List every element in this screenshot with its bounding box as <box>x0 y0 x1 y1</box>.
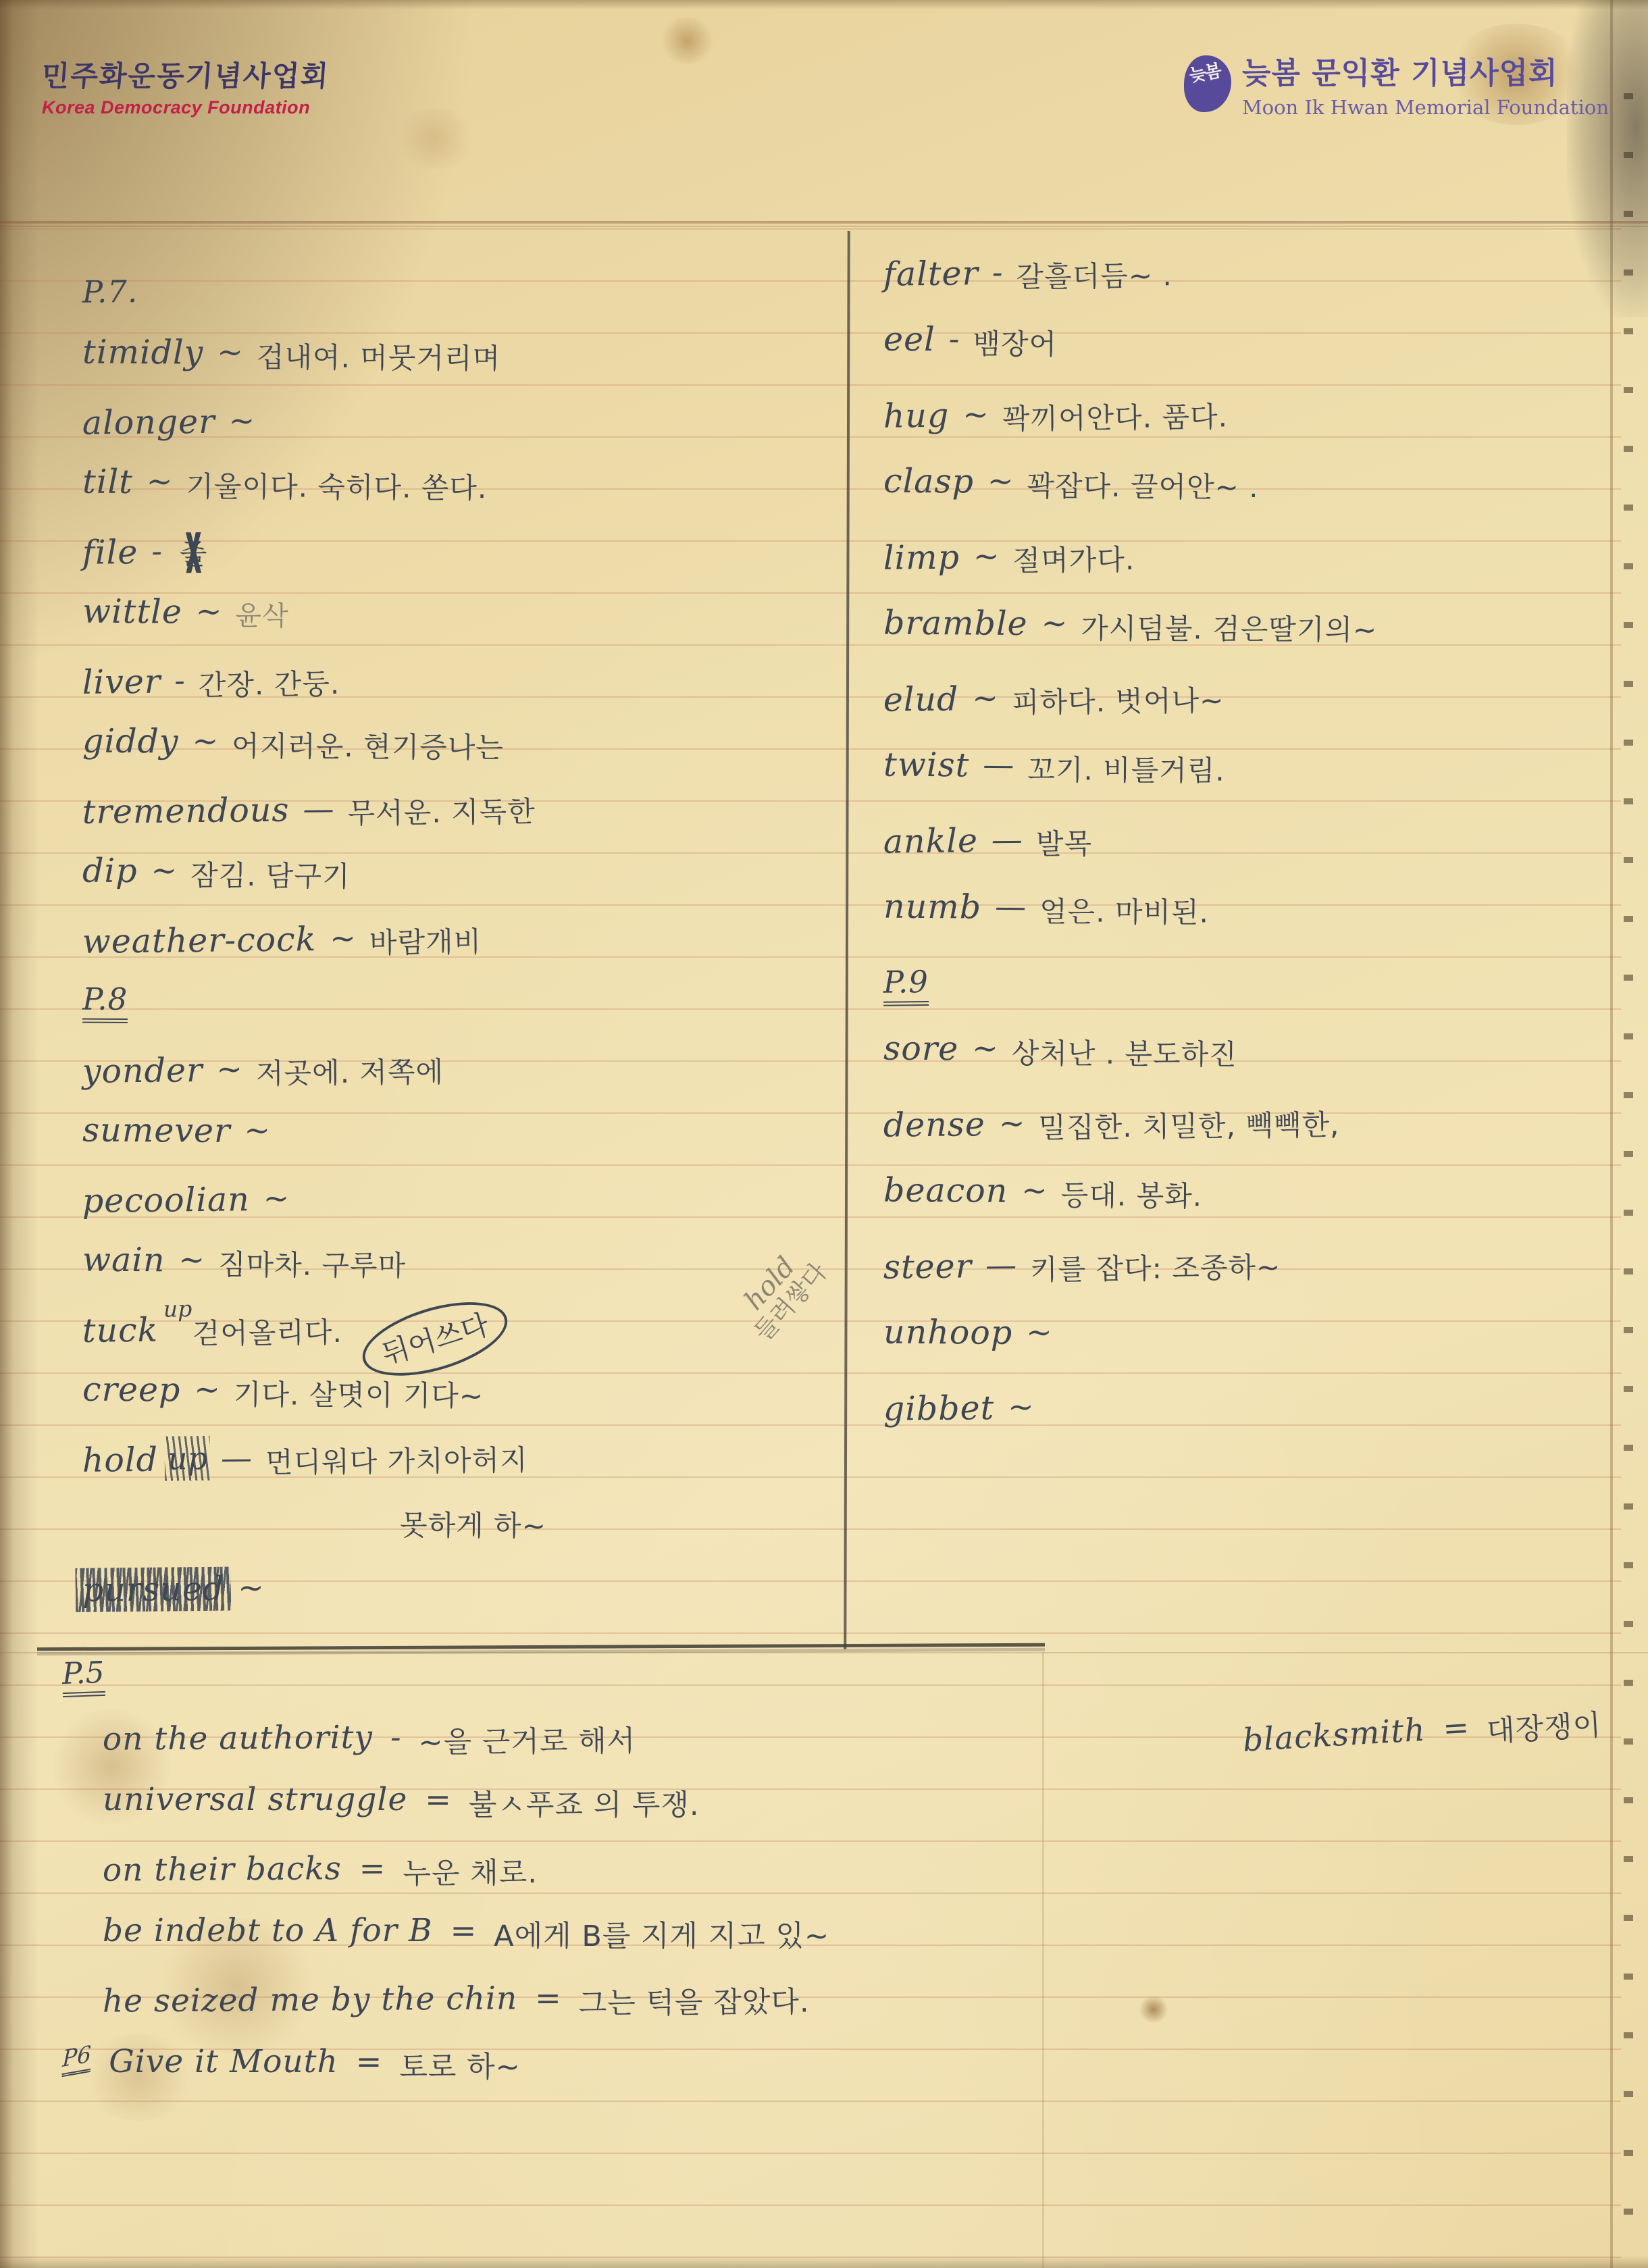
term: bramble <box>883 604 1028 643</box>
phrase-korean: A에게 B를 지게 지고 있~ <box>494 1912 829 1955</box>
phrase-entry: on their backs=누운 채로. <box>62 1841 1623 1917</box>
separator: = <box>359 1850 386 1886</box>
moon-ik-hwan-foundation-logo: 늦봄 늦봄 문익환 기념사업회 Moon Ik Hwan Memorial Fo… <box>1184 49 1609 119</box>
vocab-entry: holdup—먼디워다 가치아허지 <box>82 1433 840 1506</box>
term: eel <box>883 320 935 359</box>
separator: = <box>450 1912 477 1949</box>
stain <box>659 17 716 64</box>
crease-line-top <box>0 221 1648 224</box>
vocab-entry: bramble~가시덤불. 검은딸기의~ <box>883 604 1620 679</box>
vocab-entry: gibbet~ <box>883 1382 1620 1460</box>
definition: 먼디워다 가치아허지 <box>265 1437 528 1481</box>
vocab-entry: elud~피하다. 벗어나~ <box>883 673 1620 751</box>
side-vocab-entry: blacksmith=대장쟁이 <box>1242 1701 1603 1764</box>
separator: ~ <box>330 920 356 956</box>
vocab-entry: giddy~어지러운. 현기증나는 <box>82 722 840 792</box>
separator: — <box>983 746 1014 783</box>
margin-page-mark: P6 <box>62 2040 92 2078</box>
phrase-entry: be indebt to A for B=A에게 B를 지게 지고 있~ <box>62 1912 1622 1978</box>
vocab-entry: file-줄 <box>82 525 840 598</box>
term: ankle <box>883 821 978 860</box>
separator: ~ <box>194 1371 220 1408</box>
term: tilt <box>82 463 133 501</box>
term: dense <box>883 1105 985 1145</box>
seal-calligraphy: 늦봄 <box>1188 62 1222 86</box>
definition: 걷어올리다. <box>192 1309 342 1352</box>
vocab-entry: alonger~ <box>82 396 840 469</box>
phrase-korean: 누운 채로. <box>403 1849 538 1892</box>
vocab-entry: tilt~기울이다. 숙히다. 쏟다. <box>82 463 840 532</box>
separator: ~ <box>1021 1172 1048 1208</box>
mihf-logo-english: Moon Ik Hwan Memorial Foundation <box>1242 96 1609 119</box>
vocab-entry: eel-뱀장어 <box>883 320 1620 396</box>
separator: ~ <box>217 334 243 370</box>
term-superscript: up <box>163 1295 192 1322</box>
term: twist <box>883 746 970 785</box>
definition: 잠김. 담구기 <box>190 852 351 895</box>
term: sore <box>883 1029 958 1068</box>
separator: ~ <box>973 538 1000 574</box>
vocab-entry: weather-cock~바람개비 <box>82 914 840 987</box>
vocab-entry: timidly~겁내여. 머뭇거리며 <box>82 333 840 403</box>
phrase-entry: universal struggle=불ㅅ푸죠 의 투쟁. <box>62 1781 1622 1847</box>
mihf-logo-korean: 늦봄 문익환 기념사업회 <box>1242 49 1609 92</box>
term: hold <box>82 1441 159 1480</box>
definition: 꽉끼어안다. 품다. <box>1002 393 1229 437</box>
phrase-entry: on the authority-~을 근거로 해서blacksmith=대장쟁… <box>62 1710 1623 1786</box>
vocab-entry: pecoolian~ <box>82 1174 840 1247</box>
separator: ~ <box>962 396 989 432</box>
phrase-english: he seized me by the chin <box>103 1980 518 2019</box>
term: wain <box>82 1241 165 1280</box>
term: elud <box>883 680 958 719</box>
phrase-korean: 토로 하~ <box>399 2043 520 2086</box>
term: dip <box>82 852 138 890</box>
term: file <box>82 533 138 572</box>
vocab-entry: liver-간장. 간둥. <box>82 655 840 728</box>
term: unhoop <box>883 1313 1012 1352</box>
separator: - <box>174 662 185 698</box>
separator: ~ <box>972 1029 998 1066</box>
definition: 대장쟁이 <box>1486 1701 1603 1750</box>
definition: 갈흘더듬~ . <box>1016 252 1173 295</box>
crease-line-bottom <box>0 1652 1648 1653</box>
definition: 바람개비 <box>369 919 482 962</box>
separator: — <box>995 888 1026 925</box>
page-number: P.9 <box>883 956 1620 1035</box>
term: beacon <box>883 1171 1008 1210</box>
vocab-entry: beacon~등대. 봉화. <box>883 1171 1620 1247</box>
page-number: P.8 <box>82 981 840 1051</box>
vocab-entry: twist—꼬기. 비틀거림. <box>883 746 1620 821</box>
separator: ~ <box>1008 1388 1034 1424</box>
definition: 꽉잡다. 끌어안~ . <box>1027 463 1258 506</box>
term: tremendous <box>82 791 290 831</box>
definition-continuation: 못하게 하~ <box>82 1500 840 1570</box>
definition: 얼은. 마비된. <box>1039 888 1209 931</box>
scribbled-word: up <box>168 1440 208 1477</box>
phrase-korean: ~을 근거로 해서 <box>418 1717 636 1761</box>
separator: ~ <box>178 1241 205 1277</box>
term: pecoolian <box>82 1180 251 1220</box>
definition: 밀집한. 치밀한, 빽빽한, <box>1038 1102 1340 1147</box>
definition: 피하다. 벗어나~ <box>1012 677 1225 721</box>
stain <box>392 108 480 169</box>
vocab-entry: wittle~윤삭 <box>82 592 840 662</box>
term: liver <box>82 663 161 702</box>
phrase-section: P.5 on the authority-~을 근거로 해서blacksmith… <box>62 1656 1622 2109</box>
definition: 뱀장어 <box>973 320 1057 363</box>
separator: ~ <box>999 1105 1025 1141</box>
separator: - <box>949 320 960 357</box>
definition: 기울이다. 숙히다. 쏟다. <box>186 463 487 507</box>
definition: 저곳에. 저쪽에 <box>256 1048 444 1092</box>
foundation-seal-icon: 늦봄 <box>1184 55 1231 112</box>
vocab-entry: falter-갈흘더듬~ . <box>883 247 1620 326</box>
term: hug <box>883 396 949 436</box>
separator: ~ <box>987 463 1014 499</box>
vocab-entry: hug~꽉끼어안다. 품다. <box>883 389 1620 467</box>
vocab-entry: tremendous—무서운. 지독한 <box>82 785 840 858</box>
definition: 못하게 하~ <box>400 1501 546 1544</box>
separator: ~ <box>1026 1314 1052 1350</box>
korea-democracy-foundation-logo: 민주화운동기념사업회 Korea Democracy Foundation <box>42 54 330 118</box>
kdf-logo-korean: 민주화운동기념사업회 <box>41 54 331 95</box>
definition: 절며가다. <box>1012 536 1135 579</box>
term: tuck <box>82 1311 159 1350</box>
struck-out-entry: pursued~ <box>82 1563 840 1636</box>
vocab-entry: ankle—발목 <box>883 815 1620 893</box>
term: alonger <box>82 403 215 442</box>
definition: 꼬기. 비틀거림. <box>1027 746 1225 790</box>
definition: 가시덤불. 검은딸기의~ <box>1081 604 1377 648</box>
phrase-entry: he seized me by the chin=그는 턱을 잡았다. <box>62 1972 1623 2048</box>
separator: ~ <box>228 402 255 438</box>
term: P.7. <box>82 274 138 310</box>
definition: 키를 잡다: 조종하~ <box>1030 1244 1281 1289</box>
page-top-edge-shadow <box>0 0 1648 9</box>
term: pursued <box>82 1570 225 1609</box>
term: P.8 <box>82 981 128 1023</box>
phrase-english: universal struggle <box>103 1781 407 1818</box>
term: giddy <box>82 722 179 761</box>
phrase-english: be indebt to A for B <box>103 1912 433 1949</box>
page-number: P.5 <box>61 1655 105 1697</box>
term: wittle <box>82 592 182 632</box>
left-vocab-column: P.7.timidly~겁내여. 머뭇거리며alonger~tilt~기울이다.… <box>82 270 839 1632</box>
separator: - <box>992 254 1003 290</box>
definition: 상처난 . 분도하진 <box>1012 1030 1237 1073</box>
separator: ~ <box>151 852 177 888</box>
term: numb <box>883 887 981 927</box>
separator: = <box>425 1781 451 1818</box>
vocab-entry: sumever~ <box>82 1111 840 1181</box>
vocab-entry: creep~기다. 살몃이 기다~ <box>82 1370 840 1440</box>
vocab-entry: limp~절며가다. <box>883 531 1620 609</box>
definition: 기다. 살몃이 기다~ <box>234 1371 484 1414</box>
separator: ~ <box>196 593 222 629</box>
term: gibbet <box>883 1389 994 1428</box>
kdf-logo-english: Korea Democracy Foundation <box>42 97 330 118</box>
term: sumever <box>82 1111 231 1150</box>
separator: - <box>151 533 162 569</box>
definition: 어지러운. 현기증나는 <box>232 723 504 766</box>
separator: ~ <box>263 1180 289 1216</box>
page-number: P.7. <box>82 266 840 339</box>
term: falter <box>883 254 979 293</box>
definition: 줄 <box>176 532 212 573</box>
phrase-english: on the authority <box>103 1719 373 1758</box>
vocab-entry: numb—얼은. 마비된. <box>883 887 1620 963</box>
phrase-entry: P6Give it Mouth=토로 하~ <box>62 2043 1622 2109</box>
right-vocab-column: falter-갈흘더듬~ .eel-뱀장어hug~꽉끼어안다. 품다.clasp… <box>883 251 1620 1457</box>
separator: ~ <box>216 1050 242 1087</box>
vocab-entry: yonder~저곳에. 저쪽에 <box>82 1044 840 1117</box>
definition: 발목 <box>1036 820 1093 862</box>
definition: 무서운. 지독한 <box>347 788 536 832</box>
separator: ~ <box>972 679 998 716</box>
page-left-edge-shadow <box>0 0 41 2268</box>
phrase-english: on their backs <box>103 1850 342 1888</box>
separator: ~ <box>147 463 173 499</box>
vocab-entry: wain~짐마차. 구루마 <box>82 1241 840 1310</box>
vocab-entry: clasp~꽉잡다. 끌어안~ . <box>883 462 1620 538</box>
term: limp <box>883 538 960 577</box>
vocab-entry: steer—키를 잡다: 조종하~ <box>883 1240 1620 1318</box>
page-bottom-edge-shadow <box>0 2256 1648 2268</box>
phrase-english: Give it Mouth <box>109 2043 338 2080</box>
vocab-entry: tuckup걷어올리다.뒤어쓰다 <box>82 1304 840 1376</box>
separator: ~ <box>238 1569 264 1605</box>
term: blacksmith <box>1242 1711 1427 1765</box>
vocab-entry: sore~상처난 . 분도하진 <box>883 1029 1620 1105</box>
separator: - <box>390 1719 401 1755</box>
phrase-korean: 불ㅅ푸죠 의 투쟁. <box>469 1781 700 1824</box>
phrase-korean: 그는 턱을 잡았다. <box>579 1978 810 2021</box>
separator: = <box>356 2043 382 2080</box>
binding-stitches <box>1624 41 1633 2254</box>
separator: — <box>985 1247 1017 1283</box>
term: timidly <box>82 333 204 372</box>
definition: 겁내여. 머뭇거리며 <box>257 334 501 377</box>
scanned-notebook-page: { "colors":{"ink":"#3f4754","pencil":"#8… <box>0 0 1648 2268</box>
separator: ~ <box>1041 604 1068 641</box>
term: steer <box>883 1247 972 1286</box>
definition: 간장. 간둥. <box>199 661 340 704</box>
separator: — <box>221 1439 253 1476</box>
separator: — <box>992 821 1023 858</box>
term: weather-cock <box>82 920 317 961</box>
separator: = <box>1442 1709 1470 1753</box>
definition: 등대. 봉화. <box>1061 1172 1203 1214</box>
term: clasp <box>883 462 974 501</box>
term: yonder <box>82 1051 203 1091</box>
separator: — <box>303 790 334 827</box>
separator: ~ <box>244 1112 270 1148</box>
term: P.9 <box>883 964 929 1006</box>
definition: 윤삭 <box>235 593 289 633</box>
vocab-entry: unhoop~ <box>883 1313 1620 1389</box>
crease-line-top-echo <box>0 226 1648 227</box>
separator: ~ <box>192 723 218 759</box>
term: creep <box>82 1370 181 1410</box>
vocab-entry: dip~잠김. 담구기 <box>82 852 840 921</box>
vocab-entry: dense~밀집한. 치밀한, 빽빽한, <box>883 1098 1620 1177</box>
separator: = <box>535 1980 561 2016</box>
definition: 짐마차. 구루마 <box>218 1241 407 1285</box>
